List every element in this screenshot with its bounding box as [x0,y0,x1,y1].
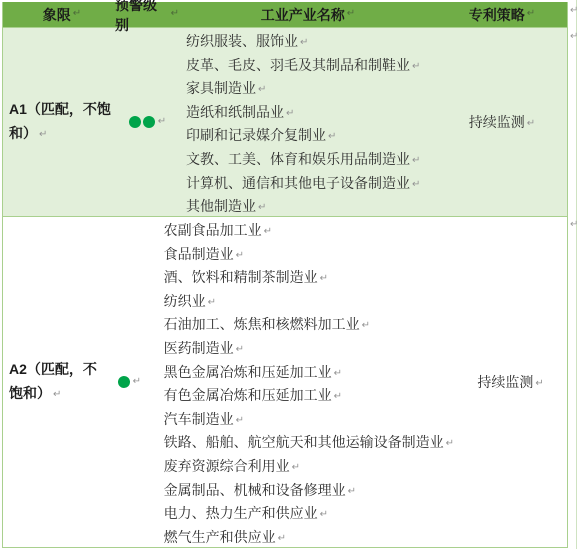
return-mark-icon: ↵ [328,125,336,149]
return-mark-icon: ↵ [158,116,166,127]
industry-line: 皮革、毛皮、羽毛及其制品和制鞋业↵ [186,54,437,78]
industry-name: 农副食品加工业 [164,222,262,238]
industry-line: 酒、饮料和精制茶制造业↵ [164,266,454,290]
return-mark-icon: ↵ [278,527,286,549]
page-edge-line [576,0,577,549]
return-mark-icon: ↵ [334,362,342,386]
return-mark-icon: ↵ [171,8,179,19]
warning-level-dots: ↵ [128,116,166,128]
industry-line: 石油加工、炼焦和核燃料加工业↵ [164,313,454,337]
industry-line: 食品制造业↵ [164,243,454,267]
header-cell-patent-strategy: 专利策略↵ [437,2,567,27]
industry-name: 食品制造业 [164,246,234,262]
return-mark-icon: ↵ [73,8,81,19]
return-mark-icon: ↵ [412,55,420,79]
industry-line: 废弃资源综合利用业↵ [164,455,454,479]
return-mark-icon: ↵ [39,123,47,147]
industry-list: 纺织服装、服饰业↵皮革、毛皮、羽毛及其制品和制鞋业↵家具制造业↵造纸和纸制品业↵… [179,28,437,219]
return-mark-icon: ↵ [53,383,61,407]
warning-dot-icon [129,116,141,128]
strategy-cell: 持续监测↵ [454,217,567,547]
table-row-a2: A2（匹配，不饱和）↵ ↵ 农副食品加工业↵食品制造业↵酒、饮料和精制茶制造业↵… [3,216,567,547]
industry-name: 造纸和纸制品业 [186,104,284,120]
header-cell-industry-name: 工业产业名称↵ [179,2,437,27]
return-mark-icon: ↵ [348,480,356,504]
return-mark-icon: ↵ [258,196,266,220]
industry-list-cell: 农副食品加工业↵食品制造业↵酒、饮料和精制茶制造业↵纺织业↵石油加工、炼焦和核燃… [157,217,454,547]
row-end-mark-icon: ↵ [570,219,578,230]
industry-warning-table: 象限↵ 预警级别↵ 工业产业名称↵ 专利策略↵ A1（匹配，不饱和）↵ ↵ 纺织… [2,2,568,548]
return-mark-icon: ↵ [412,149,420,173]
industry-line: 造纸和纸制品业↵ [186,101,437,125]
industry-name: 有色金属冶炼和压延加工业 [164,387,332,403]
return-mark-icon: ↵ [320,503,328,527]
header-label: 专利策略 [469,5,525,25]
industry-name: 黑色金属冶炼和压延加工业 [164,364,332,380]
industry-line: 电力、热力生产和供应业↵ [164,502,454,526]
return-mark-icon: ↵ [362,314,370,338]
industry-name: 医药制造业 [164,340,234,356]
return-mark-icon: ↵ [133,376,141,387]
strategy-label: 持续监测↵ [477,372,543,392]
return-mark-icon: ↵ [292,456,300,480]
warning-level-cell: ↵ [101,217,157,547]
return-mark-icon: ↵ [236,338,244,362]
industry-line: 有色金属冶炼和压延加工业↵ [164,384,454,408]
return-mark-icon: ↵ [446,432,454,456]
return-mark-icon: ↵ [208,291,216,315]
industry-line: 计算机、通信和其他电子设备制造业↵ [186,172,437,196]
header-cell-warning-level: 预警级别↵ [115,2,179,27]
industry-name: 纺织服装、服饰业 [186,33,298,49]
industry-line: 铁路、船舶、航空航天和其他运输设备制造业↵ [164,431,454,455]
return-mark-icon: ↵ [527,118,535,129]
industry-line: 燃气生产和供应业↵ [164,526,454,549]
return-mark-icon: ↵ [535,378,543,389]
warning-level-dots: ↵ [117,376,141,388]
industry-line: 家具制造业↵ [186,77,437,101]
industry-list: 农副食品加工业↵食品制造业↵酒、饮料和精制茶制造业↵纺织业↵石油加工、炼焦和核燃… [157,217,454,549]
row-end-mark-icon: ↵ [570,5,578,16]
return-mark-icon: ↵ [347,8,355,19]
industry-name: 皮革、毛皮、羽毛及其制品和制鞋业 [186,57,410,73]
industry-name: 印刷和记录媒介复制业 [186,127,326,143]
row-end-mark-icon: ↵ [570,31,578,42]
quadrant-label: A1（匹配，不饱和）↵ [9,97,115,148]
industry-line: 黑色金属冶炼和压延加工业↵ [164,361,454,385]
industry-line: 农副食品加工业↵ [164,219,454,243]
industry-name: 其他制造业 [186,198,256,214]
return-mark-icon: ↵ [286,102,294,126]
industry-line: 文教、工美、体育和娱乐用品制造业↵ [186,148,437,172]
industry-line: 纺织业↵ [164,290,454,314]
header-row: 象限↵ 预警级别↵ 工业产业名称↵ 专利策略↵ [3,2,567,27]
industry-name: 金属制品、机械和设备修理业 [164,482,346,498]
return-mark-icon: ↵ [258,78,266,102]
return-mark-icon: ↵ [300,31,308,55]
header-label: 工业产业名称 [261,5,345,25]
header-label: 象限 [43,5,71,25]
warning-dot-icon [143,116,155,128]
quadrant-cell: A2（匹配，不饱和）↵ [3,217,101,547]
table-row-a1: A1（匹配，不饱和）↵ ↵ 纺织服装、服饰业↵皮革、毛皮、羽毛及其制品和制鞋业↵… [3,27,567,216]
return-mark-icon: ↵ [236,244,244,268]
industry-name: 计算机、通信和其他电子设备制造业 [186,175,410,191]
return-mark-icon: ↵ [412,173,420,197]
industry-list-cell: 纺织服装、服饰业↵皮革、毛皮、羽毛及其制品和制鞋业↵家具制造业↵造纸和纸制品业↵… [179,28,437,216]
return-mark-icon: ↵ [334,385,342,409]
industry-line: 其他制造业↵ [186,195,437,219]
industry-name: 电力、热力生产和供应业 [164,505,318,521]
quadrant-label: A2（匹配，不饱和）↵ [9,357,101,408]
header-cell-quadrant: 象限↵ [3,2,115,27]
industry-name: 酒、饮料和精制茶制造业 [164,269,318,285]
industry-name: 燃气生产和供应业 [164,529,276,545]
return-mark-icon: ↵ [236,409,244,433]
return-mark-icon: ↵ [527,8,535,19]
industry-name: 家具制造业 [186,80,256,96]
industry-name: 铁路、船舶、航空航天和其他运输设备制造业 [164,434,444,450]
industry-name: 废弃资源综合利用业 [164,458,290,474]
warning-level-cell: ↵ [115,28,179,216]
strategy-label: 持续监测↵ [469,112,535,132]
industry-name: 汽车制造业 [164,411,234,427]
return-mark-icon: ↵ [264,220,272,244]
return-mark-icon: ↵ [320,267,328,291]
industry-line: 汽车制造业↵ [164,408,454,432]
industry-name: 纺织业 [164,293,206,309]
warning-dot-icon [118,376,130,388]
strategy-cell: 持续监测↵ [437,28,567,216]
industry-line: 纺织服装、服饰业↵ [186,30,437,54]
industry-line: 印刷和记录媒介复制业↵ [186,124,437,148]
quadrant-cell: A1（匹配，不饱和）↵ [3,28,115,216]
industry-line: 金属制品、机械和设备修理业↵ [164,479,454,503]
industry-name: 文教、工美、体育和娱乐用品制造业 [186,151,410,167]
industry-line: 医药制造业↵ [164,337,454,361]
industry-name: 石油加工、炼焦和核燃料加工业 [164,316,360,332]
